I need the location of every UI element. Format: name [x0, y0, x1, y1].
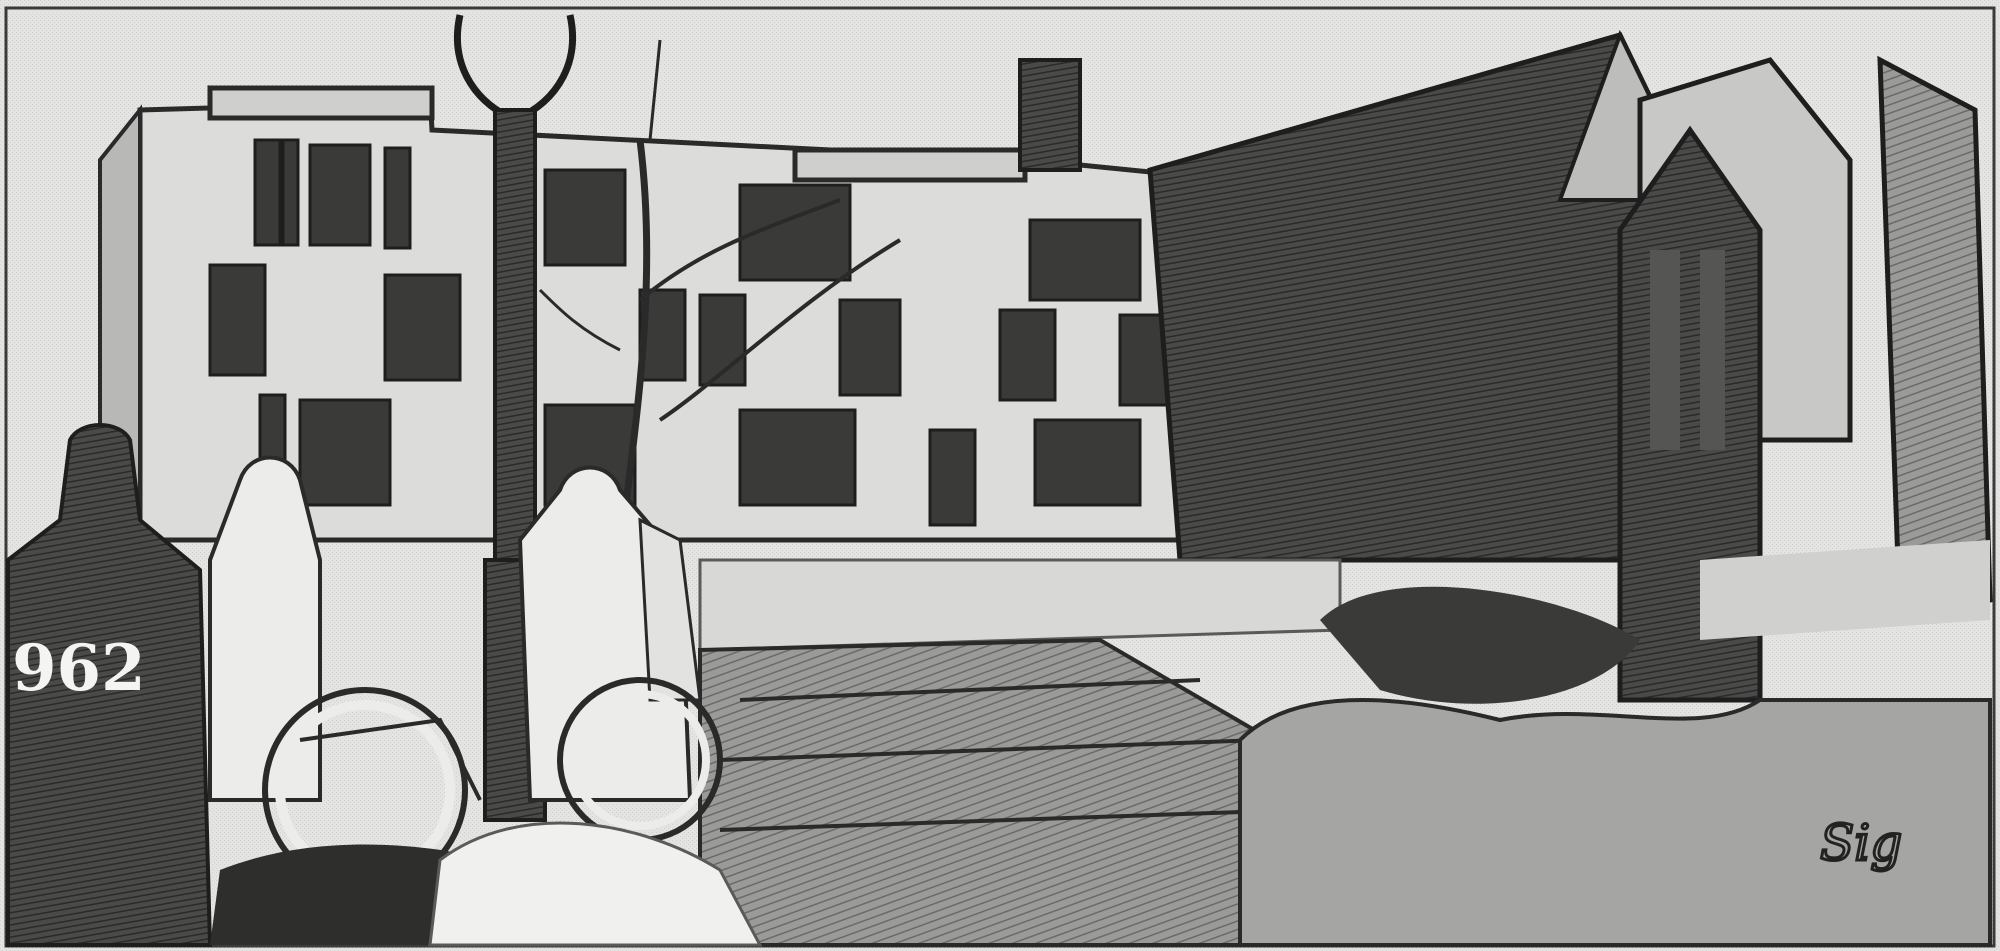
- jersey-number: 962: [12, 631, 146, 706]
- chimney: [1020, 60, 1080, 170]
- newspaper-sketch: 962 Sig: [0, 0, 2000, 951]
- artist-signature: Sig: [1820, 814, 1902, 872]
